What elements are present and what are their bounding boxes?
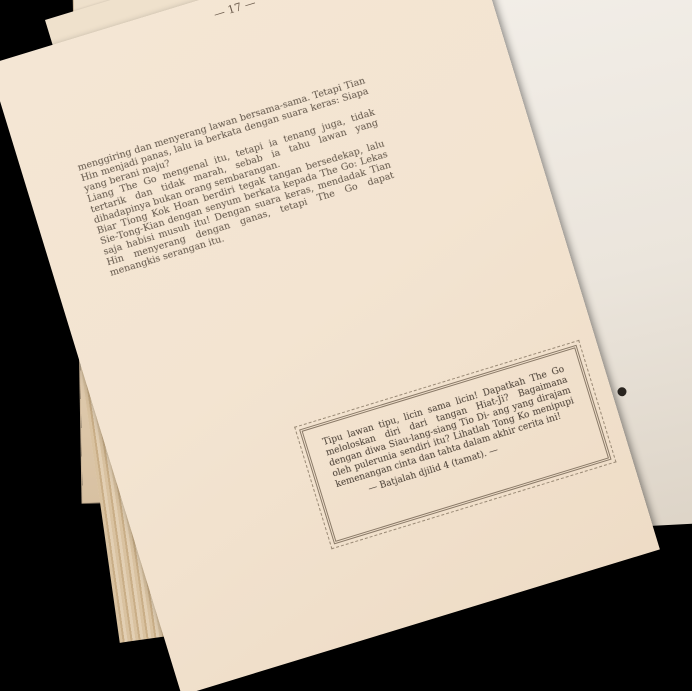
page-number: — 17 — xyxy=(212,0,257,21)
body-text: menggiring dan menyerang lawan bersama-s… xyxy=(76,75,398,278)
binding-hole xyxy=(617,387,626,396)
announcement-text: Tipu lawan tipu, licin sama licin! Dapat… xyxy=(322,365,583,505)
announcement-body: Tipu lawan tipu, licin sama licin! Dapat… xyxy=(322,365,579,491)
framed-announcement-box: Tipu lawan tipu, licin sama licin! Dapat… xyxy=(299,345,611,545)
